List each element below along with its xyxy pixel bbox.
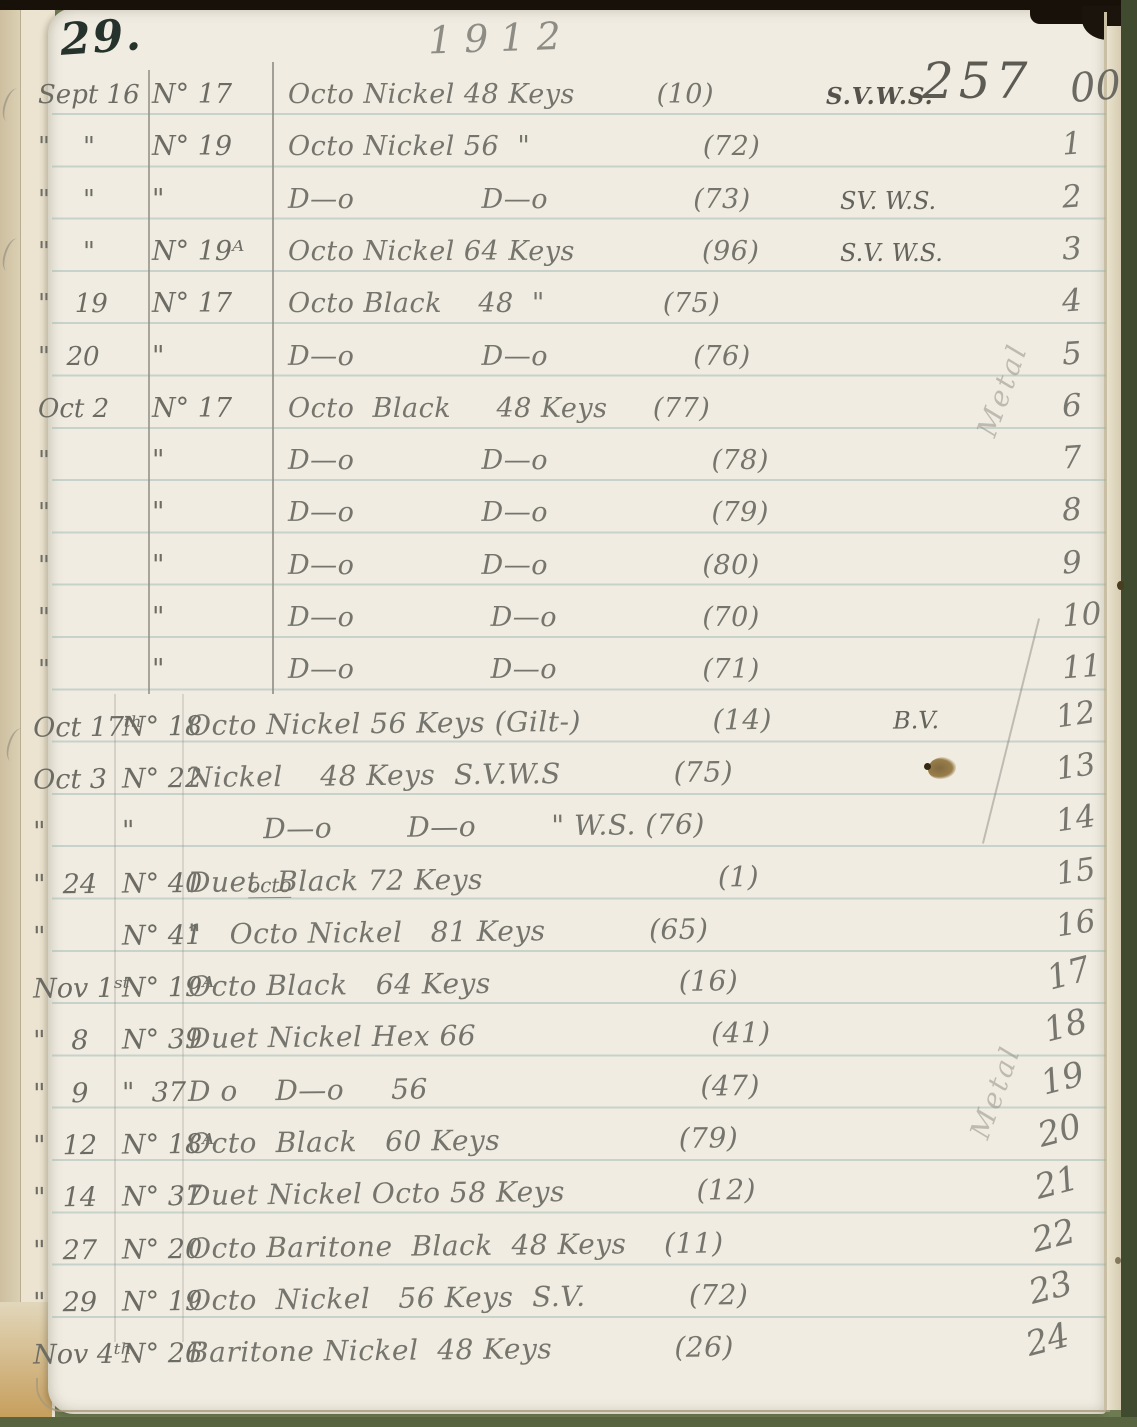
entry-row-number: 13 <box>1054 746 1098 787</box>
entry-note: SV. W.S. <box>840 187 936 215</box>
entry-date: " " <box>38 185 95 215</box>
entry-row-number: 16 <box>1054 903 1098 944</box>
entry-date: " 14 <box>33 1182 97 1214</box>
entry-row-number: 17 <box>1043 949 1095 999</box>
ledger-row: " " " D—o D—o (73) SV. W.S. 2 <box>0 166 1137 219</box>
ledger-scan: 29. 1912 Sept 16 N° 17 Octo Nickel 48 Ke… <box>0 0 1137 1427</box>
entry-description: Octo Black 48 " (75) <box>288 288 720 319</box>
entry-description: D—o D—o (71) <box>288 654 760 685</box>
entry-date: " 12 <box>33 1130 97 1162</box>
entry-description: Duet Nickel Hex 66 (41) <box>188 1016 771 1055</box>
entry-date: " <box>33 817 46 848</box>
entry-date: " <box>38 655 50 685</box>
entry-row-number: 21 <box>1031 1158 1083 1208</box>
entry-description: D—o D—o (76) <box>288 341 751 372</box>
entry-row-number: 3 <box>1061 230 1083 267</box>
entry-date: Oct 2 <box>38 394 109 424</box>
entry-date: " <box>38 498 50 528</box>
entry-row-number: 15 <box>1054 850 1098 891</box>
entry-row-number: 11 <box>1061 648 1103 687</box>
entry-date: Oct 3 <box>33 764 107 796</box>
entry-description: Octo Black 64 Keys (16) <box>188 964 738 1003</box>
entry-model-no: N° 17 <box>152 79 232 110</box>
entry-date: " 27 <box>33 1235 97 1267</box>
entry-date: " <box>38 551 50 581</box>
entry-description: Octo Nickel 64 Keys (96) <box>288 236 759 267</box>
entry-model-no: N° 19 <box>152 131 232 162</box>
ledger-row: " " D—o D—o (79) 8 <box>0 479 1137 532</box>
entry-date: " 19 <box>38 289 108 319</box>
entry-date: " <box>38 446 50 476</box>
entry-row-number: 7 <box>1061 439 1083 476</box>
entry-model-no: " <box>152 445 164 476</box>
entry-date: " 24 <box>33 868 97 900</box>
entry-row-number: 8 <box>1061 492 1083 529</box>
entry-row-number: 1 <box>1061 126 1083 163</box>
ledger-row: " " D—o D—o (80) 9 <box>0 532 1137 585</box>
page-speck <box>1117 581 1124 590</box>
entry-description: Duet Nickel Octo 58 Keys (12) <box>188 1173 756 1212</box>
entry-description: Octo Nickel 56 " (72) <box>288 131 760 162</box>
entry-description: D—o D—o (80) <box>288 550 760 581</box>
entry-date: " " <box>38 132 95 162</box>
ledger-row: Oct 2 N° 17 Octo Black 48 Keys (77) 6 <box>0 375 1137 428</box>
entry-model-no: " <box>152 602 164 633</box>
entry-date: " <box>33 921 46 952</box>
entry-row-number: 10 <box>1061 596 1103 635</box>
entry-description: D—o D—o " W.S. (76) <box>188 808 705 846</box>
entry-row-number: 19 <box>1037 1054 1089 1104</box>
entry-model-no: " <box>152 341 164 372</box>
entry-row-number: 12 <box>1054 694 1098 735</box>
entry-date: Nov 1ˢᵗ <box>33 973 130 1005</box>
page-speck <box>1115 1257 1121 1264</box>
entry-model-no: N° 17 <box>152 288 232 319</box>
entry-description: D—o D—o (70) <box>288 602 760 633</box>
entry-date: Sept 16 <box>38 80 140 110</box>
entry-note: S.V.W.S. <box>826 83 934 110</box>
entry-row-number: 23 <box>1025 1263 1077 1313</box>
entry-row-number: 24 <box>1022 1315 1074 1365</box>
entry-note: B.V. <box>893 706 939 734</box>
entry-date: " 8 <box>33 1025 89 1057</box>
entry-model-no: " 37 <box>122 1077 186 1109</box>
entry-row-number: 9 <box>1061 544 1083 581</box>
entry-row-number: 2 <box>1061 178 1083 215</box>
entry-model-no: N° 19ᴬ <box>152 236 244 267</box>
entry-cents: 00 <box>1068 62 1123 112</box>
entry-description: Octo Nickel 48 Keys (10) <box>288 79 714 110</box>
entry-description: Nickel 48 Keys S.V.W.S (75) <box>188 755 733 794</box>
entry-note: S.V. W.S. <box>840 239 943 267</box>
ink-stain-dot <box>924 763 931 770</box>
entry-date: " " <box>38 237 95 267</box>
entry-row-number: 22 <box>1028 1211 1080 1261</box>
ledger-row: " " D—o D—o (70) 10 <box>0 584 1137 637</box>
entry-model-no: " <box>152 550 164 581</box>
entry-date: " 9 <box>33 1078 89 1110</box>
entry-model-no: " <box>152 184 164 215</box>
entry-date: " <box>38 603 50 633</box>
entry-description: D—o D—o (78) <box>288 445 769 476</box>
ledger-row: " " N° 19 Octo Nickel 56 " (72) 1 <box>0 113 1137 166</box>
entry-description: D—o D—o (73) <box>288 184 751 215</box>
entry-description: Octo Nickel 56 Keys S.V. (72) <box>188 1278 749 1317</box>
entry-description: D o D—o 56 (47) <box>188 1069 760 1108</box>
ledger-row: Sept 16 N° 17 Octo Nickel 48 Keys (10) S… <box>0 61 1137 114</box>
entry-description: Octo Nickel 56 Keys (Gilt-) (14) <box>188 702 772 741</box>
entry-description: " Octo Nickel 81 Keys (65) <box>188 912 709 950</box>
ledger-row: " 20 " D—o D—o (76) 5 <box>0 323 1137 376</box>
entry-model-no: N° 17 <box>152 393 232 424</box>
ledger-row: " 19 N° 17 Octo Black 48 " (75) 4 <box>0 270 1137 323</box>
ledger-row: " " N° 19ᴬ Octo Nickel 64 Keys (96) S.V.… <box>0 218 1137 271</box>
entry-model-no: " <box>122 816 135 847</box>
entry-description: Baritone Nickel 48 Keys (26) <box>188 1330 734 1369</box>
entry-row-number: 5 <box>1061 335 1083 372</box>
ledger-row: Nov 4ᵗʰ N° 26 Baritone Nickel 48 Keys (2… <box>0 1310 1137 1375</box>
entry-description: Octo Baritone Black 48 Keys (11) <box>188 1226 724 1265</box>
entry-row-number: 4 <box>1061 283 1083 320</box>
entry-insertion: octo <box>248 872 292 897</box>
entry-date: " 29 <box>33 1287 97 1319</box>
entry-date: Nov 4ᵗʰ <box>33 1339 133 1371</box>
entry-row-number: 18 <box>1040 1001 1092 1051</box>
ledger-row: " " D—o D—o (71) 11 <box>0 636 1137 689</box>
entry-row-number: 20 <box>1034 1106 1086 1156</box>
ledger-rows: Sept 16 N° 17 Octo Nickel 48 Keys (10) S… <box>0 0 1137 1427</box>
entry-row-number: 6 <box>1061 387 1083 424</box>
entry-date: " 20 <box>38 342 100 372</box>
entry-amount: 257 <box>922 52 1032 110</box>
entry-row-number: 14 <box>1054 798 1098 839</box>
entry-model-no: " <box>152 654 164 685</box>
entry-description: Octo Black 60 Keys (79) <box>188 1121 738 1160</box>
entry-description: D—o D—o (79) <box>288 497 769 528</box>
entry-description: Octo Black 48 Keys (77) <box>288 393 710 424</box>
entry-model-no: " <box>152 497 164 528</box>
